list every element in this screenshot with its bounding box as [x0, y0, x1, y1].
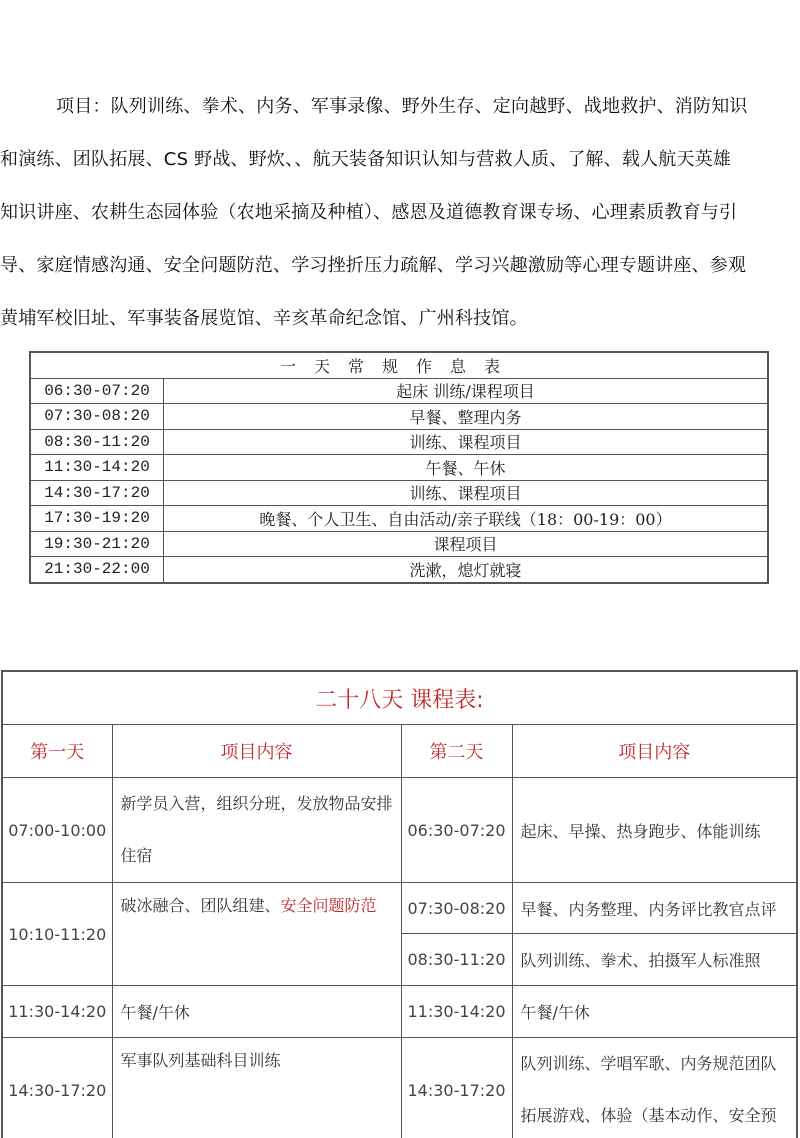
- table-row: 14:30-17:20训练、课程项目: [30, 480, 768, 506]
- table-row: 07:30-08:20早餐、整理内务: [30, 404, 768, 430]
- table-row: 11:30-14:20午餐、午休: [30, 455, 768, 481]
- table-row: 14:30-17:20 军事队列基础科目训练 14:30-17:20 队列训练、…: [2, 1038, 797, 1138]
- time-cell: 14:30-17:20: [30, 480, 164, 506]
- activity-cell: 训练、课程项目: [164, 480, 769, 506]
- table-title-row: 一天常规作息表: [30, 352, 768, 378]
- table-row: 06:30-07:20起床 训练/课程项目: [30, 378, 768, 404]
- intro-line: 和演练、团队拓展、CS 野战、野炊、、航天装备知识认知与营救人质、了解、载人航天…: [0, 133, 800, 186]
- day2-time: 11:30-14:20: [401, 986, 512, 1038]
- day1-content: 军事队列基础科目训练: [112, 1038, 401, 1138]
- header-day1: 第一天: [2, 725, 112, 778]
- day2-time: 08:30-11:20: [401, 934, 512, 986]
- day1-content: 午餐/午休: [112, 986, 401, 1038]
- header-content2: 项目内容: [512, 725, 797, 778]
- course-schedule-table: 二十八天 课程表: 第一天 项目内容 第二天 项目内容 07:00-10:00 …: [1, 670, 798, 1138]
- content-text: 破冰融合、团队组建、: [121, 896, 281, 915]
- time-cell: 06:30-07:20: [30, 378, 164, 404]
- day1-content: 破冰融合、团队组建、安全问题防范: [112, 883, 401, 986]
- time-cell: 17:30-19:20: [30, 506, 164, 532]
- activity-cell: 训练、课程项目: [164, 429, 769, 455]
- day2-content: 午餐/午休: [512, 986, 797, 1038]
- activity-cell: 午餐、午休: [164, 455, 769, 481]
- header-day2: 第二天: [401, 725, 512, 778]
- intro-line: 黄埔军校旧址、军事装备展览馆、辛亥革命纪念馆、广州科技馆。: [0, 292, 800, 345]
- day1-time: 14:30-17:20: [2, 1038, 112, 1138]
- routine-table-title: 一天常规作息表: [30, 352, 768, 378]
- activity-cell: 晚餐、个人卫生、自由活动/亲子联线（18：00-19：00）: [164, 506, 769, 532]
- day2-time: 07:30-08:20: [401, 883, 512, 934]
- activity-cell: 课程项目: [164, 531, 769, 557]
- day2-content: 队列训练、学唱军歌、内务规范团队拓展游戏、体验（基本动作、安全预: [512, 1038, 797, 1138]
- activity-cell: 早餐、整理内务: [164, 404, 769, 430]
- header-content1: 项目内容: [112, 725, 401, 778]
- intro-line: 导、家庭情感沟通、安全问题防范、学习挫折压力疏解、学习兴趣激励等心理专题讲座、参…: [0, 239, 800, 292]
- daily-routine-table: 一天常规作息表 06:30-07:20起床 训练/课程项目 07:30-08:2…: [29, 351, 769, 584]
- activity-cell: 起床 训练/课程项目: [164, 378, 769, 404]
- day2-time: 06:30-07:20: [401, 778, 512, 883]
- intro-line: 项目：队列训练、拳术、内务、军事录像、野外生存、定向越野、战地救护、消防知识: [0, 80, 800, 133]
- table-row: 10:10-11:20 破冰融合、团队组建、安全问题防范 07:30-08:20…: [2, 883, 797, 934]
- highlighted-content-text: 安全问题防范: [281, 896, 377, 915]
- intro-line: 知识讲座、农耕生态园体验（农地采摘及种植）、感恩及道德教育课专场、心理素质教育与…: [0, 186, 800, 239]
- table-row: 19:30-21:20课程项目: [30, 531, 768, 557]
- time-cell: 07:30-08:20: [30, 404, 164, 430]
- day1-time: 11:30-14:20: [2, 986, 112, 1038]
- activity-cell: 洗漱，熄灯就寝: [164, 557, 769, 583]
- intro-paragraph: 项目：队列训练、拳术、内务、军事录像、野外生存、定向越野、战地救护、消防知识 和…: [0, 80, 800, 345]
- table-row: 08:30-11:20训练、课程项目: [30, 429, 768, 455]
- day2-content: 队列训练、拳术、拍摄军人标准照: [512, 934, 797, 986]
- time-cell: 08:30-11:20: [30, 429, 164, 455]
- day2-time: 14:30-17:20: [401, 1038, 512, 1138]
- day2-content: 早餐、内务整理、内务评比教官点评: [512, 883, 797, 934]
- day1-time: 07:00-10:00: [2, 778, 112, 883]
- day1-time: 10:10-11:20: [2, 883, 112, 986]
- time-cell: 19:30-21:20: [30, 531, 164, 557]
- time-cell: 21:30-22:00: [30, 557, 164, 583]
- table-row: 11:30-14:20 午餐/午休 11:30-14:20 午餐/午休: [2, 986, 797, 1038]
- day1-content: 新学员入营，组织分班，发放物品安排住宿: [112, 778, 401, 883]
- table-title-row: 二十八天 课程表:: [2, 671, 797, 725]
- course-table-title: 二十八天 课程表:: [2, 671, 797, 725]
- table-header-row: 第一天 项目内容 第二天 项目内容: [2, 725, 797, 778]
- table-row: 07:00-10:00 新学员入营，组织分班，发放物品安排住宿 06:30-07…: [2, 778, 797, 883]
- time-cell: 11:30-14:20: [30, 455, 164, 481]
- table-row: 21:30-22:00洗漱，熄灯就寝: [30, 557, 768, 583]
- day2-content: 起床、早操、热身跑步、体能训练: [512, 778, 797, 883]
- table-row: 17:30-19:20晚餐、个人卫生、自由活动/亲子联线（18：00-19：00…: [30, 506, 768, 532]
